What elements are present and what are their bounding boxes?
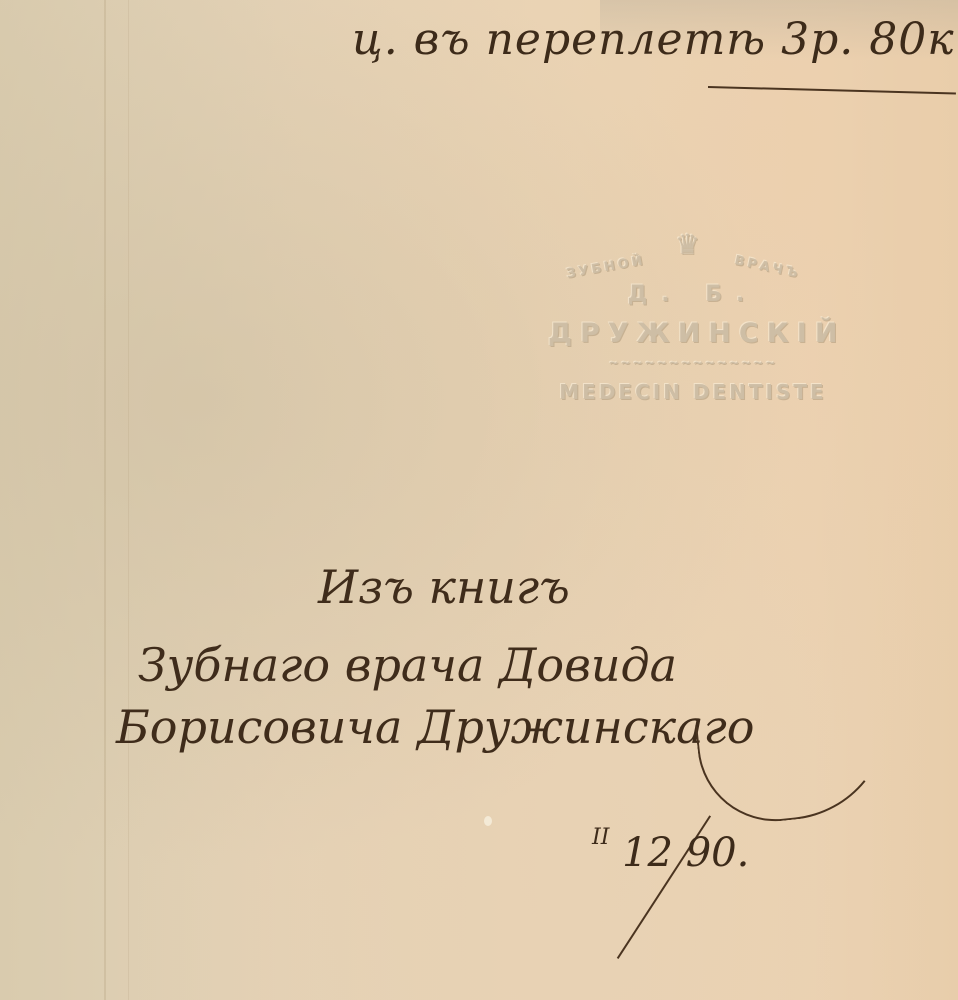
stamp-arc-right: ВРАЧЪ xyxy=(733,253,802,282)
stamp-name: ДРУЖИНСКІЙ xyxy=(548,318,838,349)
document-page: ц. въ переплетѣ 3р. 80к. ♛ ЗУБНОЙ ВРАЧЪ … xyxy=(0,0,958,1000)
signature-flourish xyxy=(695,705,899,829)
inscription-line-2: Зубнаго врача Довида xyxy=(138,638,677,692)
date-day: 12 xyxy=(622,830,673,876)
inscription-line-1: Изъ книгъ xyxy=(318,560,570,614)
crown-icon: ♛ xyxy=(675,228,700,261)
stamp-initials: Д. Б. xyxy=(548,282,838,307)
embossed-stamp: ♛ ЗУБНОЙ ВРАЧЪ Д. Б. ДРУЖИНСКІЙ ~~~~~~~~… xyxy=(548,220,838,420)
paper-fold-line xyxy=(128,0,129,1000)
inscription-line-3: Борисовича Дружинскаго xyxy=(116,700,754,754)
paper-spot xyxy=(484,816,492,826)
price-underline xyxy=(708,86,956,94)
price-note: ц. въ переплетѣ 3р. 80к. xyxy=(352,14,958,65)
inscription-date: II 12 90. xyxy=(592,830,749,876)
stamp-ornament: ~~~~~~~~~~~~~~ xyxy=(548,356,838,370)
stamp-arc-left: ЗУБНОЙ xyxy=(565,253,646,282)
date-month: II xyxy=(592,825,609,850)
paper-fold-line xyxy=(104,0,106,1000)
date-year: 90. xyxy=(686,830,750,876)
stamp-french-line: MEDECIN DENTISTE xyxy=(548,380,838,404)
